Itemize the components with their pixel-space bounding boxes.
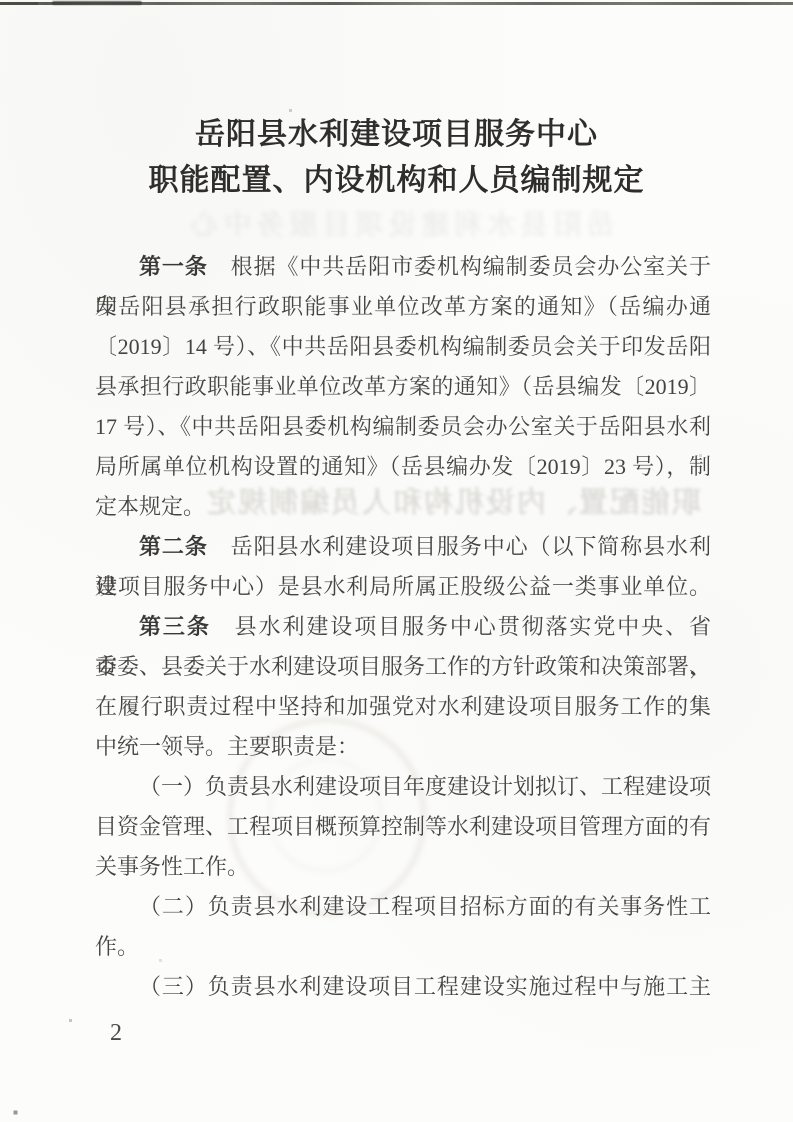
clause-heading: 第三条 — [139, 614, 211, 639]
text-run: （二）负责县水利建设工程项目招标方面的有关事务性工 — [139, 894, 711, 919]
scan-speck-artifacts — [0, 0, 1, 1]
document-title-line1: 岳阳县水利建设项目服务中心 — [0, 112, 793, 158]
text-run: 市委、县委关于水利建设项目服务工作的方针政策和决策部署， — [95, 654, 711, 679]
text-run: 目资金管理、工程项目概预算控制等水利建设项目管理方面的有 — [95, 814, 711, 839]
text-line: 发岳阳县承担行政职能事业单位改革方案的通知》（岳编办通 — [95, 287, 711, 327]
text-line: 第三条 县水利建设项目服务中心贯彻落实党中央、省委、 — [95, 607, 711, 647]
text-line: 第二条 岳阳县水利建设项目服务中心（以下简称县水利建 — [95, 527, 711, 567]
text-line: 在履行职责过程中坚持和加强党对水利建设项目服务工作的集 — [95, 687, 711, 727]
text-line: 设项目服务中心）是县水利局所属正股级公益一类事业单位。 — [95, 567, 711, 607]
text-run: 关事务性工作。 — [95, 854, 249, 879]
clause-heading: 第二条 — [139, 534, 208, 559]
text-run: 在履行职责过程中坚持和加强党对水利建设项目服务工作的集 — [95, 694, 711, 719]
text-line: （三）负责县水利建设项目工程建设实施过程中与施工主 — [95, 967, 711, 1007]
document-body: 第一条 根据《中共岳阳市委机构编制委员会办公室关于印发岳阳县承担行政职能事业单位… — [95, 247, 711, 1007]
text-line: 县承担行政职能事业单位改革方案的通知》（岳县编发〔2019〕 — [95, 367, 711, 407]
scan-artifact-corner — [0, 2, 38, 5]
text-line: 第一条 根据《中共岳阳市委机构编制委员会办公室关于印 — [95, 247, 711, 287]
text-line: 定本规定。 — [95, 487, 711, 527]
clause-heading: 第一条 — [139, 254, 208, 279]
text-run: 局所属单位机构设置的通知》（岳县编办发〔2019〕23 号），制 — [95, 454, 711, 479]
text-line: 17 号）、《中共岳阳县委机构编制委员会办公室关于岳阳县水利 — [95, 407, 711, 447]
document-title-line2: 职能配置、内设机构和人员编制规定 — [0, 158, 793, 204]
text-run: （一）负责县水利建设项目年度建设计划拟订、工程建设项 — [139, 774, 711, 799]
scan-artifact-top-blob — [52, 1, 142, 5]
text-line: 作。 — [95, 927, 711, 967]
text-run: 〔2019〕14 号）、《中共岳阳县委机构编制委员会关于印发岳阳 — [95, 334, 711, 359]
text-line: 局所属单位机构设置的通知》（岳县编办发〔2019〕23 号），制 — [95, 447, 711, 487]
page-number: 2 — [110, 1020, 122, 1047]
text-run: 设项目服务中心）是县水利局所属正股级公益一类事业单位。 — [95, 574, 711, 599]
text-run: 中统一领导。主要职责是： — [95, 734, 359, 759]
text-line: 关事务性工作。 — [95, 847, 711, 887]
text-run: 作。 — [95, 934, 139, 959]
scanned-document-page: 岳阳县水利建设项目服务中心 职能配置、内设机构和人员编制规定 岳阳县水利建设项目… — [0, 0, 793, 1122]
text-run: 县承担行政职能事业单位改革方案的通知》（岳县编发〔2019〕 — [95, 374, 711, 399]
text-line: 中统一领导。主要职责是： — [95, 727, 711, 767]
text-line: 市委、县委关于水利建设项目服务工作的方针政策和决策部署， — [95, 647, 711, 687]
text-line: （一）负责县水利建设项目年度建设计划拟订、工程建设项 — [95, 767, 711, 807]
text-line: 目资金管理、工程项目概预算控制等水利建设项目管理方面的有 — [95, 807, 711, 847]
bleed-through-artifact: 岳阳县水利建设项目服务中心 — [150, 203, 650, 243]
text-line: 〔2019〕14 号）、《中共岳阳县委机构编制委员会关于印发岳阳 — [95, 327, 711, 367]
text-run: （三）负责县水利建设项目工程建设实施过程中与施工主 — [139, 974, 711, 999]
document-title: 岳阳县水利建设项目服务中心 职能配置、内设机构和人员编制规定 — [0, 112, 793, 204]
text-run: 17 号）、《中共岳阳县委机构编制委员会办公室关于岳阳县水利 — [95, 414, 711, 439]
text-line: （二）负责县水利建设工程项目招标方面的有关事务性工 — [95, 887, 711, 927]
text-run: 定本规定。 — [95, 494, 205, 519]
text-run: 发岳阳县承担行政职能事业单位改革方案的通知》（岳编办通 — [95, 294, 711, 319]
